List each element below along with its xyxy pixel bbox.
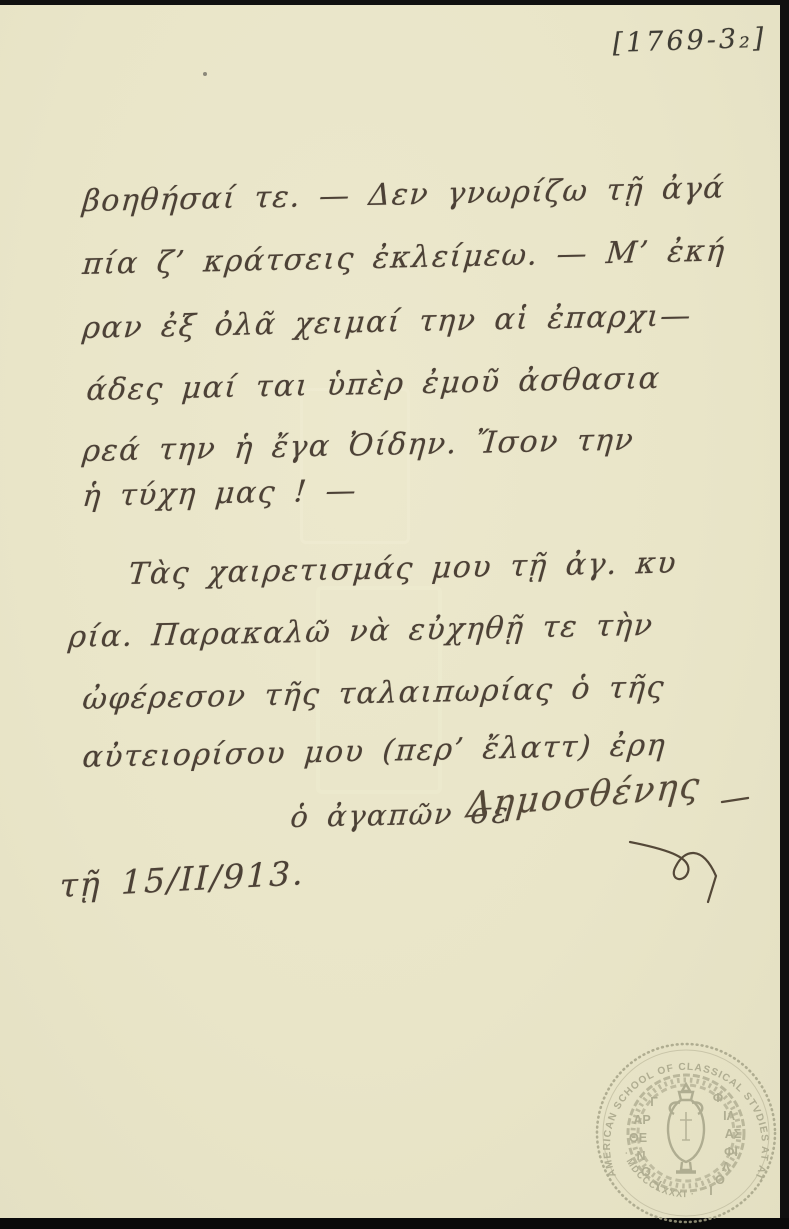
handwritten-line: αὐτειορίσου μου (περ’ ἔλαττ) ἐρη: [81, 728, 668, 775]
ascsa-archive-stamp: AMERICAN SCHOOL OF CLASSICAL STVDIES AT …: [590, 1036, 782, 1228]
handwritten-line: ραν ἐξ ὀλᾶ χειμαί την αἱ ἐπαρχι—: [81, 298, 693, 346]
svg-text:ΑΣ: ΑΣ: [725, 1127, 742, 1141]
svg-text:ΑΡ: ΑΡ: [633, 1113, 650, 1127]
svg-text:Φ: Φ: [713, 1091, 723, 1105]
handwritten-line: ρία. Παρακαλῶ νὰ εὐχηθῇ τε τὴν: [67, 608, 655, 655]
handwritten-line: βοηθήσαί τε. — Δεν γνωρίζω τῇ ἀγά: [81, 171, 726, 220]
svg-text:Λ: Λ: [722, 1160, 731, 1174]
handwritten-line: άδες μαί ται ὑπὲρ ἐμοῦ ἀσθασια: [85, 361, 662, 408]
handwritten-line: ὠφέρεσον τῆς ταλαιπωρίας ὁ τῆς: [81, 670, 666, 717]
svg-text:Ο: Ο: [715, 1173, 725, 1187]
scan-edge-top: [0, 0, 789, 5]
svg-text:ΦΙ: ΦΙ: [724, 1145, 738, 1159]
signature: Δημοσθένης: [464, 765, 702, 826]
svg-text:Ι: Ι: [709, 1184, 712, 1198]
svg-text:Γ: Γ: [650, 1095, 658, 1109]
svg-text:ΘΕ: ΘΕ: [629, 1131, 647, 1145]
stamp-amphora-icon: [668, 1084, 704, 1172]
handwritten-line: Τὰς χαιρετισμάς μου τῇ ἀγ. κυ: [127, 546, 678, 593]
svg-text:Υ: Υ: [654, 1179, 663, 1193]
date-line: τῇ 15/ΙΙ/913.: [59, 853, 305, 905]
svg-text:Ν: Ν: [636, 1149, 645, 1163]
handwritten-line: πία ζ’ κράτσεις ἐκλείμεω. — Μ’ ἐκή: [81, 234, 727, 283]
handwritten-line: ρεά την ἡ ἔγα Ὀίδην. Ἴσον την: [81, 422, 636, 469]
paper-watermark: [300, 388, 410, 544]
svg-text:ΙΛ: ΙΛ: [723, 1109, 735, 1123]
letter-scan-page: [1769-3₂] βοηθήσαί τε. — Δεν γνωρίζω τῇ …: [0, 0, 789, 1229]
svg-text:Ο: Ο: [641, 1165, 651, 1179]
handwritten-line: ἡ τύχη μας ! —: [81, 473, 359, 514]
archive-reference-notation: [1769-3₂]: [612, 23, 767, 59]
paper-speck: [203, 72, 207, 76]
